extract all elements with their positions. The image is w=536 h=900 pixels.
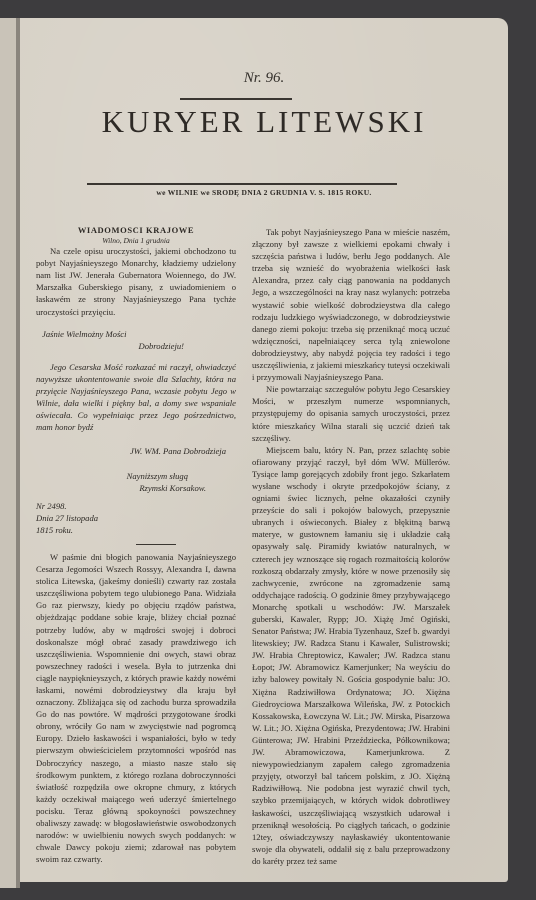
place-date: Wilno, Dnia 1 grudnia (36, 236, 236, 245)
dateline: we WILNIE we SRODĘ DNIA 2 GRUDNIA V. S. … (20, 188, 508, 197)
left-column: WIADOMOSCI KRAJOWE Wilno, Dnia 1 grudnia… (36, 208, 236, 865)
signature-line-1: Nayniższym sługą (36, 470, 236, 482)
reference-year: 1815 roku. (36, 524, 236, 536)
reference-date: Dnia 27 listopada (36, 512, 236, 524)
masthead-rule-short (180, 98, 292, 100)
letter-salutation-2: Dobrodzieju! (36, 340, 236, 352)
letter-salutation: Jaśnie Wielmożny Mości (36, 328, 236, 340)
newspaper-title: KURYER LITEWSKI (20, 104, 508, 140)
section-heading: WIADOMOSCI KRAJOWE (36, 224, 236, 236)
intro-paragraph: Na czele opisu uroczystości, jakiemi obc… (36, 245, 236, 318)
letter-closing: JW. WM. Pana Dobrodzieja (36, 445, 236, 457)
newspaper-page: Nr. 96. KURYER LITEWSKI we WILNIE we SRO… (20, 18, 508, 882)
masthead-rule-long (87, 183, 397, 185)
right-paragraph-1: Tak pobyt Nayjaśnieyszego Pana w mieście… (252, 226, 450, 383)
letter-body: Jego Cesarska Mość rozkazać mi raczył, o… (36, 361, 236, 434)
main-paragraph: W paśmie dni błogich panowania Nayjaśnie… (36, 551, 236, 865)
signature-line-2: Rzymski Korsakow. (36, 482, 236, 494)
reference-number: Nr 2498. (36, 500, 236, 512)
right-paragraph-2: Nie powtarzaiąc szczegułów pobytu Jego C… (252, 383, 450, 443)
right-column: Tak pobyt Nayjaśnieyszego Pana w mieście… (252, 208, 450, 867)
issue-number: Nr. 96. (20, 70, 508, 87)
right-paragraph-3: Miejscem balu, który N. Pan, przez szlac… (252, 444, 450, 867)
section-divider (136, 544, 176, 545)
